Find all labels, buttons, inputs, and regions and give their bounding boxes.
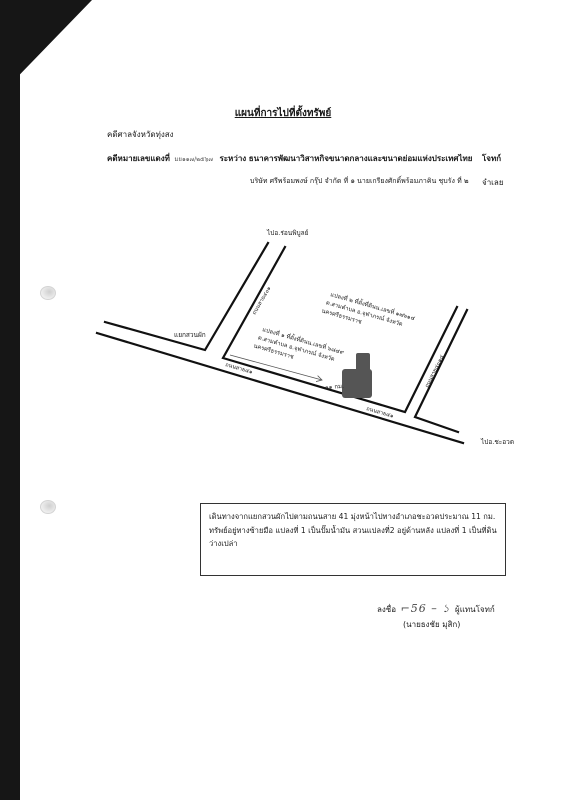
road-east-right <box>415 310 467 432</box>
parcel-2-label: แปลงที่ ๒ ที่ตั้งที่ดินน.เลขที่ ๑๗๖๑๔ ต.… <box>321 288 417 339</box>
parcel-1-label: แปลงที่ ๑ ที่ตั้งที่ดินน.เลขที่ ๖๘๔๙ ต.ส… <box>253 323 346 373</box>
sign-label: ลงชื่อ <box>377 605 396 614</box>
label-junction: แยกสวนผัก <box>174 331 206 339</box>
directions-text: เดินทางจากแยกสวนผักไปตามถนนสาย 41 มุ่งหน… <box>209 512 497 548</box>
directions-description-box: เดินทางจากแยกสวนผักไปตามถนนสาย 41 มุ่งหน… <box>200 503 506 576</box>
label-distance: ๑๑ กม. <box>325 383 344 391</box>
signer-name: (นายธงชัย มุสิก) <box>403 618 460 631</box>
label-to-chawang: ไปอ.ชะอวด <box>480 438 514 446</box>
label-road-east: ถนนสาย๔๐๑๔ <box>424 354 446 389</box>
signer-role: ผู้แทนโจทก์ <box>455 605 495 614</box>
signature-row: ลงชื่อ ⌐56 – ১ ผู้แทนโจทก์ <box>377 600 495 619</box>
property-building-icon <box>342 353 372 398</box>
label-to-ron-phibun: ไปอ.ร่อนพิบูลย์ <box>266 229 309 237</box>
road-main-lower <box>97 333 463 443</box>
signature-mark: ⌐56 – ১ <box>401 600 451 619</box>
location-map: ไปอ.ร่อนพิบูลย์ ถนนสาย๔๐๑ แยกสวนผัก ถนนส… <box>0 0 566 800</box>
